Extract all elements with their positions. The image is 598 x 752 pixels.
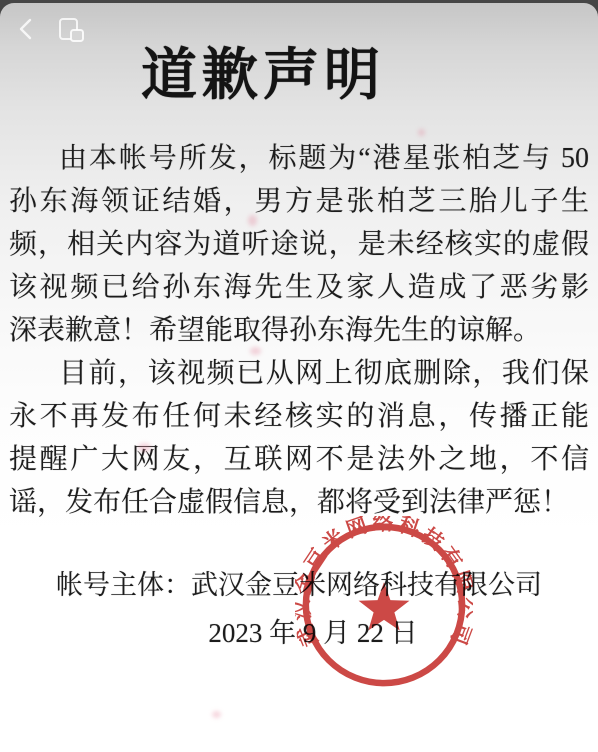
body-line: 由本帐号所发，标题为“港星张柏芝与 50 亿富豪 — [9, 137, 589, 180]
body-line: 深表歉意！希望能取得孙东海先生的谅解。 — [9, 309, 589, 352]
document-body: 由本帐号所发，标题为“港星张柏芝与 50 亿富豪孙东海领证结婚，男方是张柏芝三胎… — [9, 137, 589, 524]
body-line: 永不再发布任何未经核实的消息，传播正能量。同时 — [9, 395, 589, 438]
body-line: 目前，该视频已从网上彻底删除，我们保证以后 — [9, 352, 589, 395]
body-line: 频，相关内容为道听途说，是未经核实的虚假信息， — [9, 223, 589, 266]
pink-smudge — [138, 443, 151, 452]
body-line: 提醒广大网友，互联网不是法外之地，不信谣，不传 — [9, 438, 589, 481]
body-line: 孙东海领证结婚，男方是张柏芝三胎儿子生父”的视 — [9, 180, 589, 223]
page-title: 道歉声明 — [0, 31, 562, 111]
pink-smudge — [212, 711, 221, 718]
body-line: 该视频已给孙东海先生及家人造成了恶劣影响，在此 — [9, 266, 589, 309]
pink-smudge — [250, 347, 261, 355]
pink-smudge — [418, 129, 425, 136]
company-seal: 武汉金豆米网络科技有限公司 — [295, 516, 473, 694]
pink-smudge — [248, 215, 257, 226]
document-page: 道歉声明 由本帐号所发，标题为“港星张柏芝与 50 亿富豪孙东海领证结婚，男方是… — [0, 3, 598, 752]
phone-frame: 道歉声明 由本帐号所发，标题为“港星张柏芝与 50 亿富豪孙东海领证结婚，男方是… — [0, 0, 598, 752]
seal-star — [359, 582, 410, 630]
signature-label: 帐号主体： — [56, 570, 191, 600]
